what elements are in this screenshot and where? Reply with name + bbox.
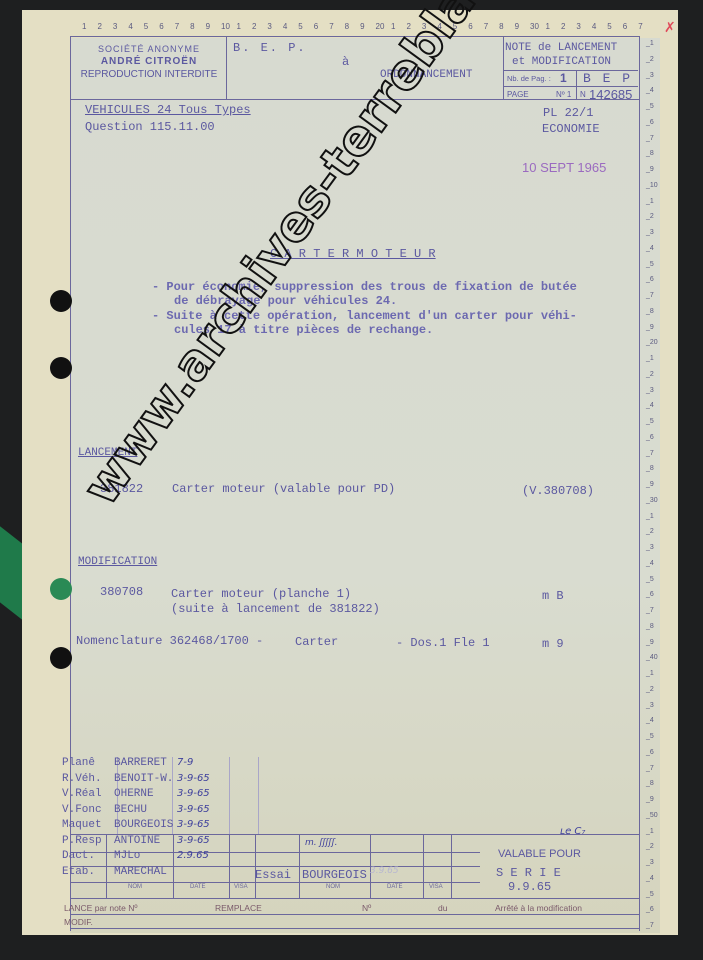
ruler-tick-label: 2 (97, 22, 101, 31)
modification-code: m B (542, 589, 564, 603)
lance-label: LANCE par note Nº (64, 903, 138, 913)
signature-grid-line (451, 834, 452, 898)
ruler-tick-label: _2 (646, 213, 654, 220)
header-grid-line (576, 70, 577, 100)
ruler-tick-label: 2 (561, 22, 565, 31)
signature-grid-line (258, 757, 259, 834)
signature-date: 3-9-65 (177, 773, 210, 784)
ruler-tick-label: 5 (144, 22, 148, 31)
ruler-tick-label: _4 (646, 402, 654, 409)
signature-date: 7-9 (177, 757, 193, 768)
question-ref: Question 115.11.00 (85, 120, 215, 134)
footer-grid-line (70, 928, 640, 929)
to-label: à (342, 55, 349, 69)
ruler-tick-label: 3 (113, 22, 117, 31)
ruler-tick-label: _1 (646, 198, 654, 205)
ruler-tick-label: _8 (646, 780, 654, 787)
col-visa: VISA (234, 884, 248, 890)
signature-role: Etab. (62, 866, 95, 878)
ruler-tick-label: _50 (646, 812, 658, 819)
signature-role: Dact. (62, 850, 95, 862)
signature-role: P.Resp (62, 835, 102, 847)
ruler-tick-label: 10 (221, 22, 230, 31)
ruler-tick-label: _9 (646, 481, 654, 488)
essai-handwritten-note: m. ʃʃʃʃʃ. (305, 838, 337, 848)
number-label-footer: Nº (362, 903, 371, 913)
ruler-tick-label: 9 (360, 22, 364, 31)
ruler-tick-label: _30 (646, 497, 658, 504)
ruler-tick-label: _5 (646, 103, 654, 110)
signature-name: BOURGEOIS (114, 819, 173, 831)
validity-value: S E R I E (496, 866, 561, 880)
ruler-tick-label: 4 (128, 22, 132, 31)
signature-grid-line (70, 882, 480, 883)
page-number-label: Nº 1 (556, 90, 571, 99)
header-divider (226, 36, 227, 100)
nomenclature-label: Nomenclature 362468/1700 - (76, 634, 263, 648)
essai-role: Essai (255, 868, 291, 882)
ruler-tick-label: _8 (646, 308, 654, 315)
ruler-tick-label: _4 (646, 717, 654, 724)
ruler-tick-label: _2 (646, 686, 654, 693)
ruler-tick-label: 9 (206, 22, 210, 31)
ruler-tick-label: 7 (484, 22, 488, 31)
ruler-tick-label: 1 (391, 22, 395, 31)
validity-date: 9.9.65 (508, 880, 551, 894)
signature-role: V.Réal (62, 788, 102, 800)
ruler-tick-label: _3 (646, 702, 654, 709)
modification-part-number: 380708 (100, 585, 143, 599)
signature-role: V.Fonc (62, 804, 102, 816)
signature-grid-line (106, 834, 107, 898)
signature-role: Planê (62, 757, 95, 769)
ruler-tick-label: _3 (646, 859, 654, 866)
modification-heading: MODIFICATION (78, 556, 157, 568)
ruler-tick-label: _9 (646, 324, 654, 331)
ruler-tick-label: _40 (646, 654, 658, 661)
ruler-tick-label: _6 (646, 749, 654, 756)
remplace-label: REMPLACE (215, 903, 262, 913)
signature-date: 3-9-65 (177, 835, 210, 846)
signature-date: 3-9-65 (177, 804, 210, 815)
ruler-tick-label: 9 (515, 22, 519, 31)
ruler-tick-label: 7 (329, 22, 333, 31)
ruler-tick-label: 30 (530, 22, 539, 31)
ruler-tick-label: _8 (646, 465, 654, 472)
red-tick-mark: ✗ (664, 20, 676, 36)
page-label: PAGE (507, 90, 529, 99)
department: B. E. P. (233, 41, 307, 55)
ruler-tick-label: _4 (646, 245, 654, 252)
signature-grid-line (229, 834, 230, 898)
essai-name: BOURGEOIS (302, 868, 367, 882)
ruler-tick-label: _6 (646, 276, 654, 283)
doc-type-line2: et MODIFICATION (512, 56, 611, 68)
company-block: SOCIÉTÉ ANONYME ANDRÉ CITROËN REPRODUCTI… (74, 44, 224, 80)
ruler-tick-label: _5 (646, 261, 654, 268)
ruler-tick-label: 8 (345, 22, 349, 31)
ruler-tick-label: _4 (646, 560, 654, 567)
signature-name: MARECHAL (114, 866, 167, 878)
top-ruler: 1234567891012345678920123456789301234567 (70, 22, 645, 36)
ruler-tick-label: _7 (646, 922, 654, 929)
ruler-tick-label: _1 (646, 513, 654, 520)
company-name: ANDRÉ CITROËN (74, 56, 224, 67)
ruler-tick-label: _9 (646, 639, 654, 646)
ruler-tick-label: _7 (646, 765, 654, 772)
ruler-tick-label: 1 (237, 22, 241, 31)
col-nom-2: NOM (326, 884, 340, 890)
ruler-tick-label: 4 (592, 22, 596, 31)
signature-date: 2.9.65 (177, 850, 209, 861)
lancement-reference: (V.380708) (522, 484, 594, 498)
ruler-top-line (70, 36, 640, 37)
col-nom: NOM (128, 884, 142, 890)
modification-description: Carter moteur (planche 1) (171, 587, 351, 601)
ruler-tick-label: _9 (646, 166, 654, 173)
col-visa-2: VISA (429, 884, 443, 890)
validity-label: VALABLE POUR (498, 848, 581, 860)
signature-role: R.Véh. (62, 773, 102, 785)
ruler-tick-label: _5 (646, 418, 654, 425)
signature-date: 3-9-65 (177, 788, 210, 799)
col-date: DATE (190, 884, 206, 890)
ruler-tick-label: _5 (646, 733, 654, 740)
signature-grid-line (229, 757, 230, 834)
signature-name: OHERNE (114, 788, 154, 800)
ruler-tick-label: 3 (267, 22, 271, 31)
nomenclature-code: m 9 (542, 637, 564, 651)
signature-name: BENOIT-W. (114, 773, 173, 785)
category: ECONOMIE (542, 122, 600, 136)
ruler-tick-label: 3 (576, 22, 580, 31)
nomenclature-part: Carter (295, 635, 338, 649)
ruler-tick-label: _7 (646, 450, 654, 457)
ruler-tick-label: _9 (646, 796, 654, 803)
ruler-tick-label: 6 (314, 22, 318, 31)
ruler-tick-label: _6 (646, 591, 654, 598)
ruler-tick-label: _2 (646, 371, 654, 378)
ruler-tick-label: _8 (646, 150, 654, 157)
reproduction-notice: REPRODUCTION INTERDITE (74, 69, 224, 80)
signature-name: ANTOINE (114, 835, 160, 847)
date-stamp: 10 SEPT 1965 (522, 160, 606, 175)
ruler-tick-label: _7 (646, 292, 654, 299)
initials-handwritten: ʟe C₇ (560, 826, 585, 837)
vehicles-heading: VEHICULES 24 Tous Types (85, 103, 251, 117)
ruler-tick-label: _1 (646, 670, 654, 677)
ruler-tick-label: 5 (298, 22, 302, 31)
ruler-tick-label: _5 (646, 576, 654, 583)
header-divider (503, 36, 504, 100)
signature-grid-line (299, 834, 300, 898)
punch-hole (50, 647, 72, 669)
ruler-tick-label: _10 (646, 182, 658, 189)
ruler-tick-label: _3 (646, 544, 654, 551)
ruler-tick-label: _3 (646, 387, 654, 394)
ruler-tick-label: _3 (646, 229, 654, 236)
ruler-tick-label: 4 (283, 22, 287, 31)
ruler-tick-label: 1 (546, 22, 550, 31)
ruler-tick-label: _4 (646, 875, 654, 882)
punch-hole (50, 290, 72, 312)
ruler-tick-label: _2 (646, 528, 654, 535)
right-ruler: _1_2_3_4_5_6_7_8_9_10_1_2_3_4_5_6_7_8_9_… (642, 40, 662, 930)
ruler-tick-label: 2 (252, 22, 256, 31)
signature-grid-line (70, 898, 640, 899)
essai-date: 3.9.65 (370, 866, 399, 876)
ruler-tick-label: _5 (646, 891, 654, 898)
ruler-tick-label: 7 (175, 22, 179, 31)
company-type: SOCIÉTÉ ANONYME (74, 44, 224, 54)
signature-grid-line (173, 834, 174, 898)
signature-name: MJLo (114, 850, 140, 862)
nomenclature-dossier: - Dos.1 Fle 1 (396, 636, 490, 650)
col-date-2: DATE (387, 884, 403, 890)
ruler-tick-label: _1 (646, 355, 654, 362)
signature-name: BECHU (114, 804, 147, 816)
punch-hole-green (50, 578, 72, 600)
signature-grid-line (423, 834, 424, 898)
pl-reference: PL 22/1 (543, 106, 593, 120)
ruler-right-line (639, 36, 640, 931)
document-number: 142685 (589, 87, 632, 102)
ruler-tick-label: _7 (646, 135, 654, 142)
modification-description-2: (suite à lancement de 381822) (171, 602, 380, 616)
ruler-tick-label: _6 (646, 119, 654, 126)
du-label: du (438, 903, 447, 913)
ruler-tick-label: _2 (646, 56, 654, 63)
origin-code: B E P (583, 71, 632, 86)
ruler-tick-label: _4 (646, 87, 654, 94)
signature-role: Maquet (62, 819, 102, 831)
modif-label: MODIF. (64, 917, 93, 927)
arrete-label: Arrêté à la modification (495, 903, 582, 913)
ruler-tick-label: _1 (646, 40, 654, 47)
ruler-tick-label: 6 (159, 22, 163, 31)
ruler-tick-label: _20 (646, 339, 658, 346)
ruler-tick-label: _7 (646, 607, 654, 614)
ruler-tick-label: 6 (623, 22, 627, 31)
nb-pages-label: Nb. de Pag. : (507, 74, 551, 83)
doc-type-line1: NOTE de LANCEMENT (505, 42, 617, 54)
ruler-tick-label: 5 (607, 22, 611, 31)
ruler-tick-label: _2 (646, 843, 654, 850)
ruler-tick-label: _8 (646, 623, 654, 630)
nb-pages-value: 1 (560, 71, 567, 85)
signature-grid-line (255, 834, 256, 898)
signature-name: BARRERET (114, 757, 167, 769)
ruler-tick-label: 20 (376, 22, 385, 31)
ruler-tick-label: 1 (82, 22, 86, 31)
number-label: N (580, 90, 586, 99)
ruler-tick-label: _6 (646, 906, 654, 913)
ruler-tick-label: 8 (499, 22, 503, 31)
ruler-tick-label: _6 (646, 434, 654, 441)
punch-hole (50, 357, 72, 379)
ruler-tick-label: 8 (190, 22, 194, 31)
ruler-tick-label: _1 (646, 828, 654, 835)
footer-grid-line (70, 914, 640, 915)
lancement-description: Carter moteur (valable pour PD) (172, 482, 395, 496)
ruler-tick-label: _3 (646, 72, 654, 79)
signature-date: 3-9-65 (177, 819, 210, 830)
ruler-tick-label: 7 (638, 22, 642, 31)
